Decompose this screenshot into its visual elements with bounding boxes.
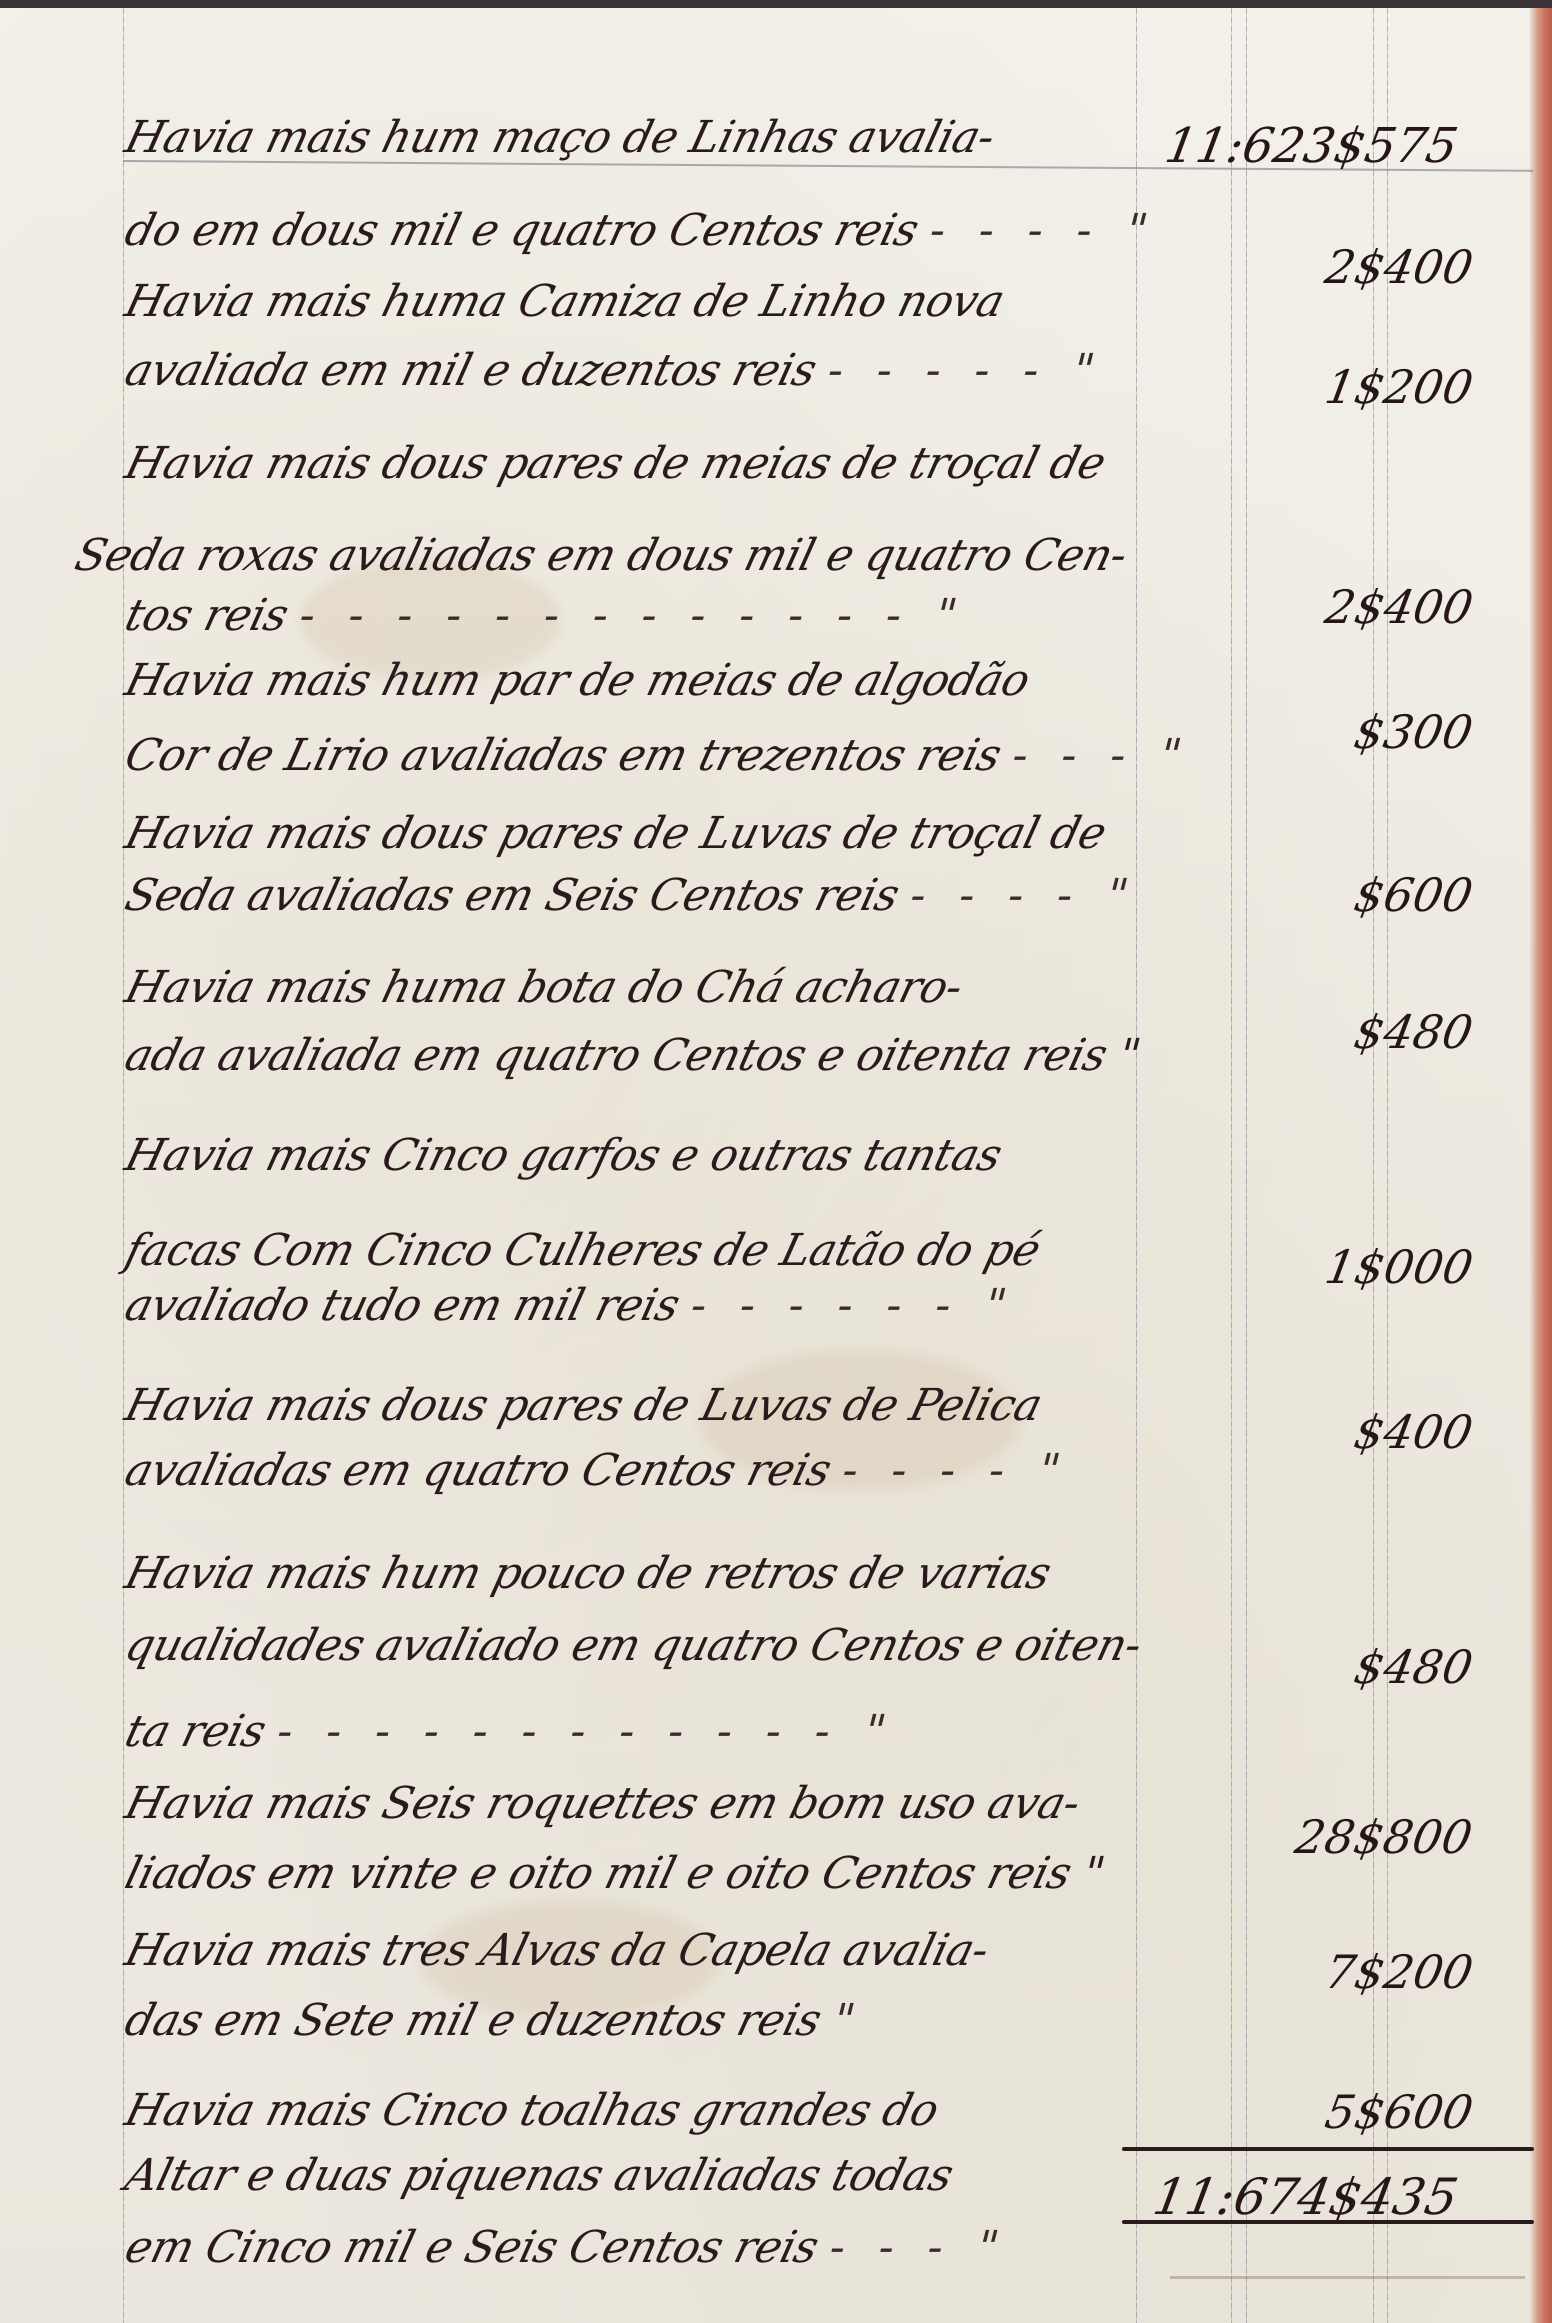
total-top-rule (1122, 2147, 1534, 2151)
entry-5-line-2: Seda avaliadas em Seis Centos reis - - -… (120, 870, 1143, 921)
fill-dashes: - - - - " (837, 1445, 1075, 1496)
entry-2-line-1: Havia mais huma Camiza de Linho nova (120, 276, 1009, 327)
total-amount: 11:674$435 (1149, 2168, 1462, 2226)
fill-dashes: - - - - - - - - - - - - - " (294, 590, 972, 641)
entry-11-line-1: Havia mais tres Alvas da Capela avalia- (120, 1925, 994, 1976)
entry-3-amount: 2$400 (1321, 580, 1477, 634)
entry-8-line-1: Havia mais dous pares de Luvas de Pelica (120, 1380, 1047, 1431)
entry-12-amount: 5$600 (1321, 2085, 1477, 2139)
entry-10-line-2: liados em vinte e oito mil e oito Centos… (120, 1848, 1110, 1899)
entry-9-amount: $480 (1350, 1640, 1477, 1694)
entry-12-line-3: em Cinco mil e Seis Centos reis - - - " (120, 2222, 1014, 2273)
fill-dashes: - - - - - " (822, 345, 1109, 396)
entry-4-amount: $300 (1350, 705, 1477, 759)
entry-3-line-2: Seda roxas avaliadas em dous mil e quatr… (70, 530, 1132, 581)
entry-1-amount: 2$400 (1321, 240, 1477, 294)
entry-9-line-3: ta reis - - - - - - - - - - - - " (120, 1706, 901, 1757)
fill-dashes: - - - - - - " (685, 1280, 1021, 1331)
fill-dashes: - - - - " (924, 205, 1162, 256)
entry-1-line-2: do em dous mil e quatro Centos reis - - … (120, 205, 1163, 256)
entry-12-line-1: Havia mais Cinco toalhas grandes do (120, 2085, 944, 2136)
book-top-edge (0, 0, 1552, 8)
binding-edge (1530, 8, 1552, 2323)
fill-dashes: - - - " (824, 2222, 1014, 2273)
entry-5-amount: $600 (1350, 868, 1477, 922)
entry-3-line-3: tos reis - - - - - - - - - - - - - " (120, 590, 972, 641)
fill-dashes: - - - " (1007, 730, 1197, 781)
entry-6-amount: $480 (1350, 1005, 1477, 1059)
entry-11-amount: 7$200 (1321, 1945, 1477, 1999)
entry-5-line-1: Havia mais dous pares de Luvas de troçal… (120, 808, 1111, 859)
entry-4-line-1: Havia mais hum par de meias de algodão (120, 655, 1035, 706)
entry-11-line-2: das em Sete mil e duzentos reis " (120, 1995, 870, 2046)
entry-7-line-3: avaliado tudo em mil reis - - - - - - " (120, 1280, 1021, 1331)
entry-6-line-2: ada avaliada em quatro Centos e oitenta … (120, 1030, 1145, 1081)
entry-4-line-2: Cor de Lirio avaliadas em trezentos reis… (120, 730, 1196, 781)
entry-8-line-2: avaliadas em quatro Centos reis - - - - … (120, 1445, 1075, 1496)
entry-10-line-1: Havia mais Seis roquettes em bom uso ava… (120, 1778, 1085, 1829)
bleed-through-line (1170, 2276, 1525, 2279)
entry-7-line-2: facas Com Cinco Culheres de Latão do pé (120, 1225, 1045, 1276)
entry-6-line-1: Havia mais huma bota do Chá acharo- (120, 962, 967, 1013)
column-rule (1231, 8, 1232, 2323)
entry-7-amount: 1$000 (1321, 1240, 1477, 1294)
entry-8-amount: $400 (1350, 1405, 1477, 1459)
entry-1-line-1: Havia mais hum maço de Linhas avalia- (120, 112, 1000, 163)
entry-2-line-2: avaliada em mil e duzentos reis - - - - … (120, 345, 1109, 396)
carried-forward-amount: 11:623$575 (1161, 118, 1462, 174)
entry-10-amount: 28$800 (1292, 1810, 1477, 1864)
entry-12-line-2: Altar e duas piquenas avaliadas todas (120, 2150, 958, 2201)
fill-dashes: - - - - " (905, 870, 1143, 921)
column-rule (1246, 8, 1247, 2323)
entry-7-line-1: Havia mais Cinco garfos e outras tantas (120, 1130, 1007, 1181)
entry-9-line-2: qualidades avaliado em quatro Centos e o… (120, 1620, 1147, 1671)
entry-2-amount: 1$200 (1321, 360, 1477, 414)
fill-dashes: - - - - - - - - - - - - " (272, 1706, 901, 1757)
entry-3-line-1: Havia mais dous pares de meias de troçal… (120, 438, 1111, 489)
entry-9-line-1: Havia mais hum pouco de retros de varias (120, 1548, 1056, 1599)
column-rule (1136, 8, 1137, 2323)
total-bottom-rule (1122, 2220, 1534, 2224)
